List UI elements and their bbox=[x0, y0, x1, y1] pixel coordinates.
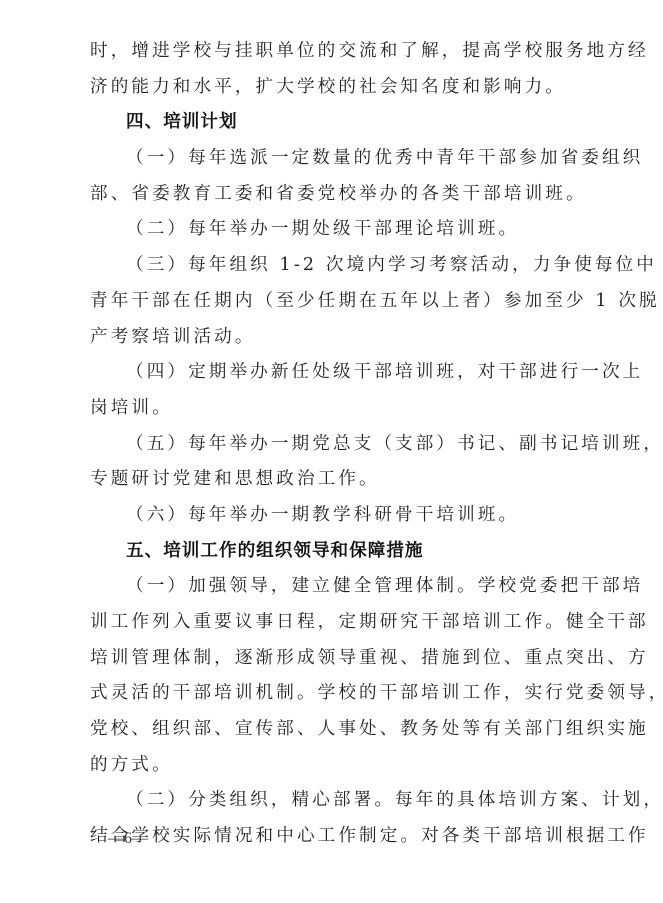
text-line: 党校、组织部、宣传部、人事处、教务处等有关部门组织实施 bbox=[90, 712, 574, 748]
text-line: 时，增进学校与挂职单位的交流和了解，提高学校服务地方经 bbox=[90, 34, 574, 70]
text-line: （五）每年举办一期党总支（支部）书记、副书记培训班， bbox=[90, 427, 574, 463]
page-number: —6— bbox=[108, 830, 148, 848]
text-line: 结合学校实际情况和中心工作制定。对各类干部培训根据工作 bbox=[90, 819, 574, 855]
text-line: 青年干部在任期内（至少任期在五年以上者）参加至少 1 次脱 bbox=[90, 284, 574, 320]
text-line: （三）每年组织 1-2 次境内学习考察活动，力争使每位中 bbox=[90, 248, 574, 284]
text-line: 济的能力和水平，扩大学校的社会知名度和影响力。 bbox=[90, 70, 574, 106]
text-line: （六）每年举办一期教学科研骨干培训班。 bbox=[90, 498, 574, 534]
text-line: （一）每年选派一定数量的优秀中青年干部参加省委组织 bbox=[90, 141, 574, 177]
section-heading: 五、培训工作的组织领导和保障措施 bbox=[90, 534, 574, 570]
text-line: 的方式。 bbox=[90, 748, 574, 784]
text-line: 部、省委教育工委和省委党校举办的各类干部培训班。 bbox=[90, 177, 574, 213]
text-line: （一）加强领导，建立健全管理体制。学校党委把干部培 bbox=[90, 569, 574, 605]
text-line: 培训管理体制，逐渐形成领导重视、措施到位、重点突出、方 bbox=[90, 641, 574, 677]
text-line: 训工作列入重要议事日程，定期研究干部培训工作。健全干部 bbox=[90, 605, 574, 641]
text-line: （四）定期举办新任处级干部培训班，对干部进行一次上 bbox=[90, 355, 574, 391]
text-line: （二）分类组织，精心部署。每年的具体培训方案、计划， bbox=[90, 783, 574, 819]
text-line: 产考察培训活动。 bbox=[90, 320, 574, 356]
document-page: 时，增进学校与挂职单位的交流和了解，提高学校服务地方经济的能力和水平，扩大学校的… bbox=[0, 0, 663, 903]
text-line: 岗培训。 bbox=[90, 391, 574, 427]
section-heading: 四、培训计划 bbox=[90, 105, 574, 141]
text-line: 式灵活的干部培训机制。学校的干部培训工作，实行党委领导， bbox=[90, 676, 574, 712]
document-body: 时，增进学校与挂职单位的交流和了解，提高学校服务地方经济的能力和水平，扩大学校的… bbox=[90, 34, 574, 855]
text-line: （二）每年举办一期处级干部理论培训班。 bbox=[90, 212, 574, 248]
text-line: 专题研讨党建和思想政治工作。 bbox=[90, 462, 574, 498]
